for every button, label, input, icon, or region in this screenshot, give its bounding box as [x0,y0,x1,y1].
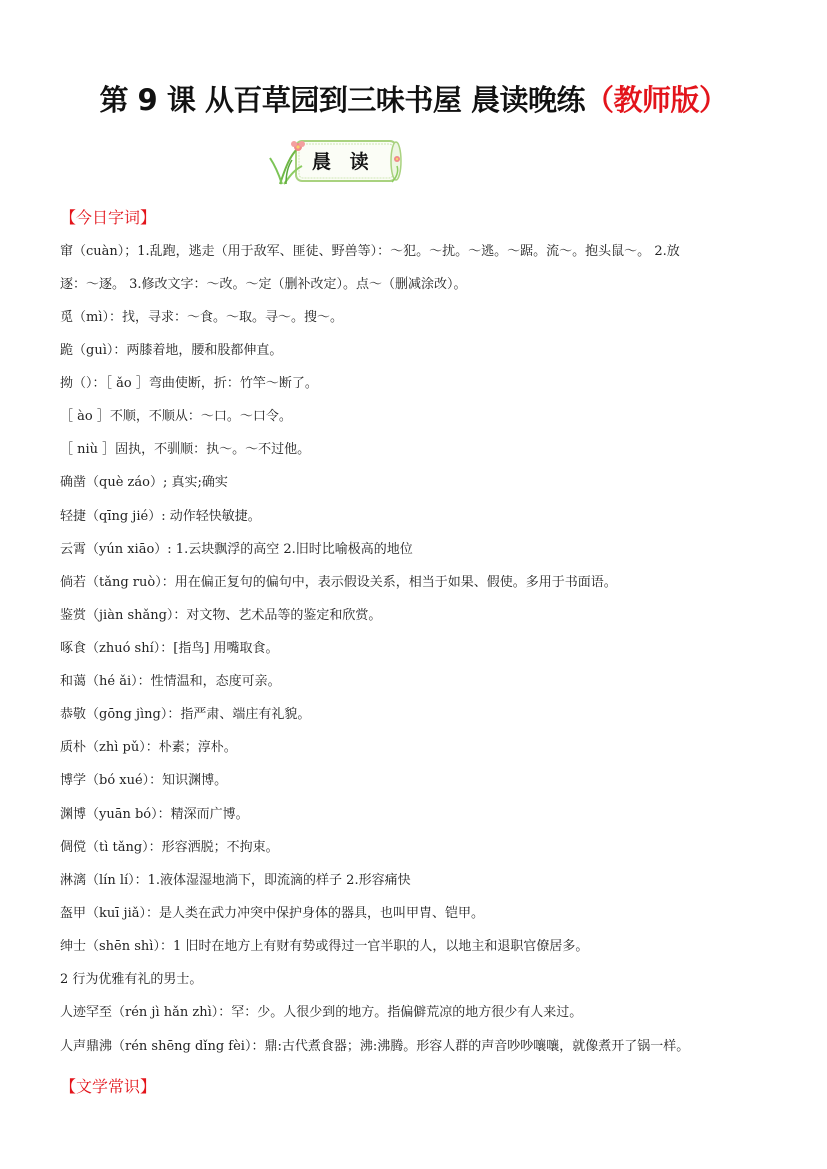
vocab-line: 和蔼（hé ǎi）：性情温和，态度可亲。 [60,673,772,691]
vocab-line: 跪（guì）：两膝着地，腰和股都伸直。 [60,342,772,360]
vocab-line: 恭敬（gōng jìng）：指严肃、端庄有礼貌。 [60,706,772,724]
vocab-line: 云霄（yún xiāo）: 1.云块飘浮的高空 2.旧时比喻极高的地位 [60,541,772,559]
vocab-line: 逐：～逐。 3.修改文字：～改。～定（删补改定）。点～（删减涂改）。 [60,276,772,294]
banner-label: 晨 读 [312,147,375,174]
vocab-line: 拗（）：［ ǎo ］弯曲使断，折：竹竿～断了。 [60,375,772,393]
document-title: 第 9 课 从百草园到三味书屋 晨读晚练（教师版） [0,78,827,119]
vocab-line: 倘若（tǎng ruò）：用在偏正复句的偏句中，表示假设关系，相当于如果、假使。… [60,574,772,592]
title-edition: （教师版） [585,83,728,117]
vocab-line: 觅（mì）：找，寻求：～食。～取。寻～。搜～。 [60,309,772,327]
vocab-line: 确凿（què záo）; 真实;确实 [60,474,772,492]
vocab-line: 鉴赏（jiàn shǎng）：对文物、艺术品等的鉴定和欣赏。 [60,607,772,625]
vocab-line: 轻捷（qīng jié）: 动作轻快敏捷。 [60,508,772,526]
vocab-line: 啄食（zhuó shí）：[指鸟] 用嘴取食。 [60,640,772,658]
vocab-line: ［ ào ］不顺，不顺从：～口。～口令。 [60,408,772,426]
vocab-line: ［ niù ］固执，不驯顺：执～。～不过他。 [60,441,772,459]
vocab-line: 博学（bó xué）：知识渊博。 [60,772,772,790]
vocab-line: 窜（cuàn）；1.乱跑，逃走（用于敌军、匪徒、野兽等）：～犯。～扰。～逃。～踞… [60,243,772,261]
morning-reading-banner: 晨 读 [268,136,403,186]
vocab-line: 2 行为优雅有礼的男士。 [60,971,772,989]
vocab-line: 盔甲（kuī jiǎ）：是人类在武力冲突中保护身体的器具，也叫甲胄、铠甲。 [60,905,772,923]
vocab-line: 人迹罕至（rén jì hǎn zhì）：罕：少。人很少到的地方。指偏僻荒凉的地… [60,1004,772,1022]
title-main: 第 9 课 从百草园到三味书屋 晨读晚练 [99,83,585,117]
vocab-line: 倜傥（tì tǎng）：形容洒脱；不拘束。 [60,839,772,857]
vocab-line: 淋漓（lín lí）：1.液体湿湿地淌下，即流滴的样子 2.形容痛快 [60,872,772,890]
vocab-line: 绅士（shēn shì）：1 旧时在地方上有财有势或得过一官半职的人，以地主和退… [60,938,772,956]
vocab-line: 人声鼎沸（rén shēng dǐng fèi）：鼎:古代煮食器；沸:沸腾。形容… [60,1038,772,1056]
section-heading-literary-knowledge: 【文学常识】 [60,1074,156,1097]
vocab-line: 质朴（zhì pǔ）：朴素；淳朴。 [60,739,772,757]
section-heading-today-words: 【今日字词】 [60,205,156,228]
vocab-line: 渊博（yuān bó）：精深而广博。 [60,806,772,824]
